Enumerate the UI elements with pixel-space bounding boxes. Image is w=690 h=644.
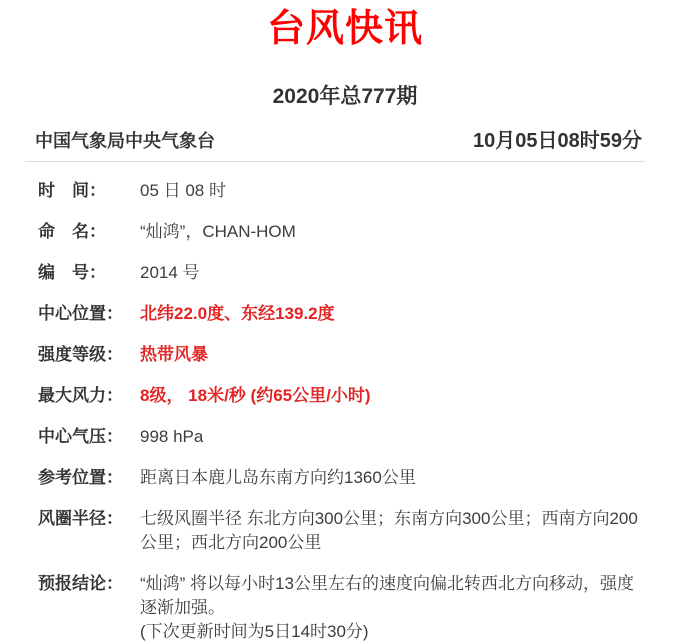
- field-label: 命 名：: [38, 220, 140, 244]
- agency-name: 中国气象局中央气象台: [35, 127, 215, 153]
- field-rows: 时 间： 05 日 08 时 命 名： “灿鸿”，CHAN-HOM 编 号： 2…: [25, 179, 645, 644]
- field-row-number: 编 号： 2014 号: [25, 261, 645, 285]
- next-update-note: (下次更新时间为5日14时30分): [140, 620, 645, 644]
- field-row-center-position: 中心位置： 北纬22.0度、东经139.2度: [25, 302, 645, 326]
- field-row-forecast: 预报结论： “灿鸿” 将以每小时13公里左右的速度向偏北转西北方向移动，强度逐渐…: [25, 572, 645, 644]
- header-divider: [25, 161, 645, 162]
- field-label: 中心位置：: [38, 302, 140, 326]
- bulletin-header: 中国气象局中央气象台 10月05日08时59分: [25, 124, 645, 153]
- field-value: “灿鸿”，CHAN-HOM: [140, 220, 645, 244]
- field-label: 编 号：: [38, 261, 140, 285]
- field-label: 强度等级：: [38, 343, 140, 367]
- forecast-text: “灿鸿” 将以每小时13公里左右的速度向偏北转西北方向移动，强度逐渐加强。: [140, 572, 645, 620]
- field-label: 时 间：: [38, 179, 140, 203]
- field-value: 2014 号: [140, 261, 645, 285]
- field-label: 中心气压：: [38, 425, 140, 449]
- field-label: 最大风力：: [38, 384, 140, 408]
- issue-datetime: 10月05日08时59分: [473, 124, 642, 153]
- field-label: 风圈半径：: [38, 507, 140, 531]
- page-title: 台风快讯: [0, 6, 690, 52]
- field-value: 七级风圈半径 东北方向300公里；东南方向300公里；西南方向200公里；西北方…: [140, 507, 645, 555]
- field-row-intensity: 强度等级： 热带风暴: [25, 343, 645, 367]
- field-label: 预报结论：: [38, 572, 140, 596]
- field-value: 8级， 18米/秒 (约65公里/小时): [140, 384, 645, 408]
- field-row-name: 命 名： “灿鸿”，CHAN-HOM: [25, 220, 645, 244]
- field-value: 998 hPa: [140, 425, 645, 449]
- field-value: 05 日 08 时: [140, 179, 645, 203]
- field-row-wind-radius: 风圈半径： 七级风圈半径 东北方向300公里；东南方向300公里；西南方向200…: [25, 507, 645, 555]
- field-value: 距离日本鹿儿岛东南方向约1360公里: [140, 466, 645, 490]
- field-value: 热带风暴: [140, 343, 645, 367]
- typhoon-bulletin-page: 台风快讯 2020年总777期 中国气象局中央气象台 10月05日08时59分 …: [0, 0, 690, 644]
- field-row-reference-position: 参考位置： 距离日本鹿儿岛东南方向约1360公里: [25, 466, 645, 490]
- field-row-pressure: 中心气压： 998 hPa: [25, 425, 645, 449]
- field-row-max-wind: 最大风力： 8级， 18米/秒 (约65公里/小时): [25, 384, 645, 408]
- issue-number: 2020年总777期: [0, 86, 690, 108]
- field-row-time: 时 间： 05 日 08 时: [25, 179, 645, 203]
- bulletin-content: 中国气象局中央气象台 10月05日08时59分 时 间： 05 日 08 时 命…: [0, 124, 690, 644]
- field-label: 参考位置：: [38, 466, 140, 490]
- field-value: 北纬22.0度、东经139.2度: [140, 302, 645, 326]
- field-value: “灿鸿” 将以每小时13公里左右的速度向偏北转西北方向移动，强度逐渐加强。 (下…: [140, 572, 645, 644]
